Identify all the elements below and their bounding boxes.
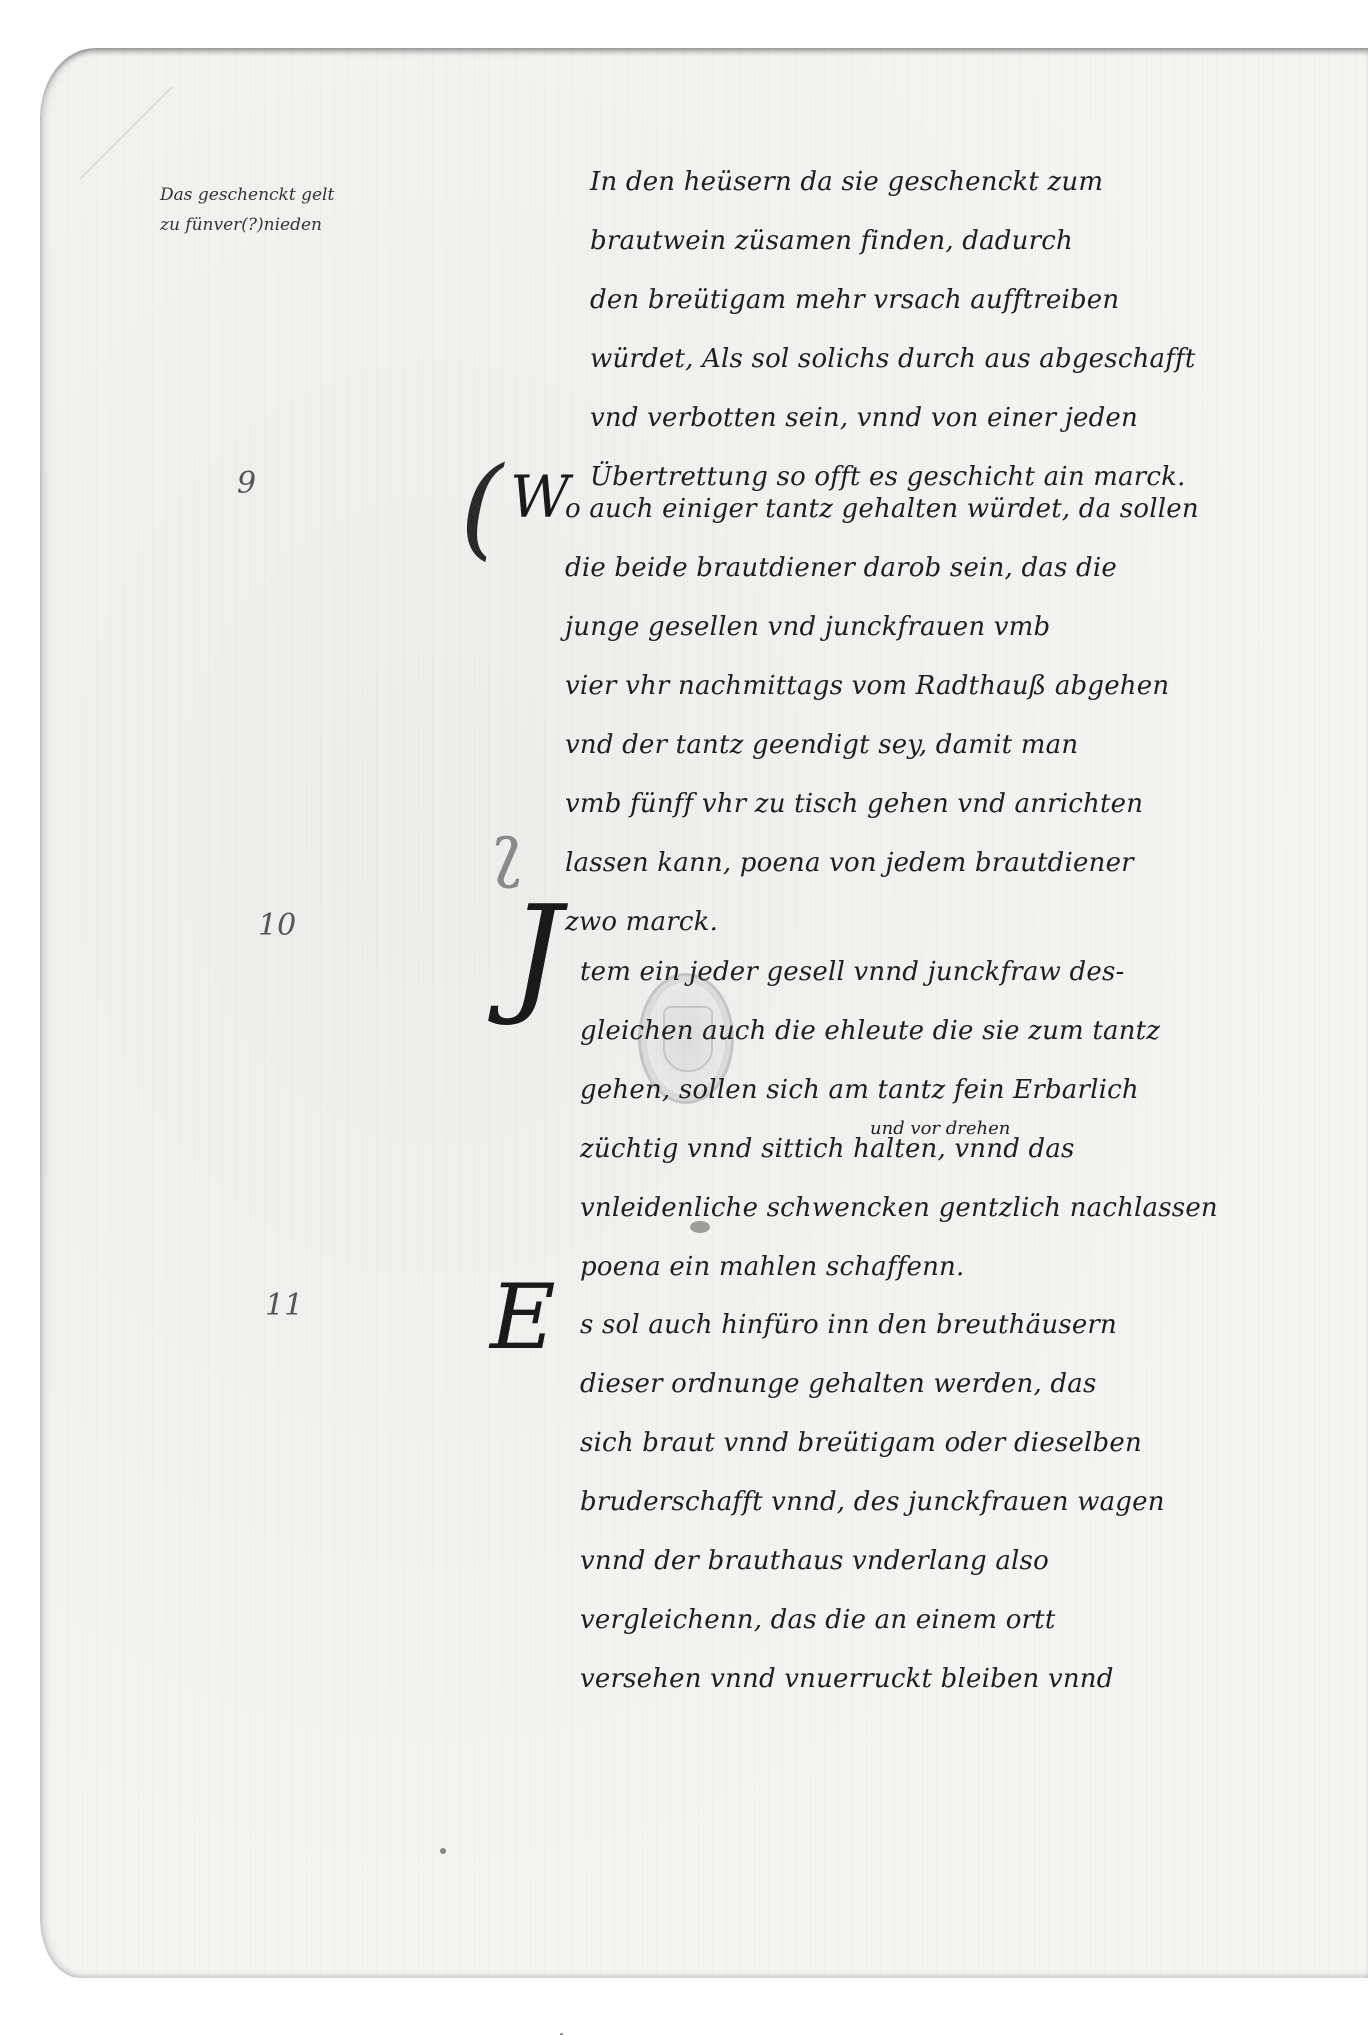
margin-note-line-1: Das geschenckt gelt [160, 180, 334, 210]
text-line: In den heüsern da sie geschenckt zum [590, 153, 1196, 212]
text-line: gleichen auch die ehleute die sie zum ta… [580, 1002, 1218, 1061]
margin-note-line-2: zu fünver(?)nieden [160, 210, 334, 240]
text-line: vnd der tantz geendigt sey, damit man [565, 716, 1199, 775]
text-line: vergleichenn, das die an einem ortt [580, 1591, 1165, 1650]
margin-number-10: 10 [258, 908, 296, 943]
ink-blot [690, 1221, 710, 1233]
paragraph-9: o auch einiger tantz gehalten würdet, da… [565, 480, 1199, 952]
text-line: sich braut vnnd breütigam oder dieselben [580, 1414, 1165, 1473]
text-line: poena ein mahlen schaffenn. [580, 1238, 1218, 1297]
manuscript-page: Das geschenckt gelt zu fünver(?)nieden 9… [40, 48, 1368, 1978]
text-line: versehen vnnd vnuerruckt bleiben vnnd [580, 1650, 1165, 1709]
text-line: vnnd der brauthaus vnderlang also [580, 1532, 1165, 1591]
margin-number-9: 9 [237, 466, 256, 501]
text-line: bruderschafft vnnd, des junckfrauen wage… [580, 1473, 1165, 1532]
margin-number-11: 11 [265, 1288, 303, 1323]
paper-speck [440, 1848, 446, 1854]
paragraph-9-initial: W [510, 468, 570, 526]
text-line: würdet, Als sol solichs durch aus abgesc… [590, 330, 1196, 389]
text-line: s sol auch hinfüro inn den breuthäusern [580, 1296, 1165, 1355]
paragraph-8-continuation: In den heüsern da sie geschenckt zum bra… [590, 153, 1196, 507]
paragraph-11: s sol auch hinfüro inn den breuthäusern … [580, 1296, 1165, 1709]
corner-fold-line [79, 86, 172, 179]
text-line: gehen, sollen sich am tantz fein Erbarli… [580, 1061, 1218, 1120]
text-line: brautwein züsamen finden, dadurch [590, 212, 1196, 271]
paragraph-10-initial: J [510, 888, 562, 1018]
text-line: tem ein jeder gesell vnnd junckfraw des- [580, 943, 1218, 1002]
text-line: vier vhr nachmittags vom Radthauß abgehe… [565, 657, 1199, 716]
text-line: lassen kann, poena von jedem brautdiener [565, 834, 1199, 893]
text-line: junge gesellen vnd junckfrauen vmb [565, 598, 1199, 657]
text-line: vnd verbotten sein, vnnd von einer jeden [590, 389, 1196, 448]
paragraph-bracket-mark: ( [460, 443, 503, 571]
text-line: o auch einiger tantz gehalten würdet, da… [565, 480, 1199, 539]
margin-note: Das geschenckt gelt zu fünver(?)nieden [160, 180, 334, 240]
paragraph-11-initial: E [490, 1273, 556, 1363]
text-line: dieser ordnunge gehalten werden, das [580, 1355, 1165, 1414]
text-line: den breütigam mehr vrsach aufftreiben [590, 271, 1196, 330]
text-line: vnleidenliche schwencken gentzlich nachl… [580, 1179, 1218, 1238]
text-line: vmb fünff vhr zu tisch gehen vnd anricht… [565, 775, 1199, 834]
interlinear-insertion: und vor drehen [870, 1118, 1010, 1139]
text-line: die beide brautdiener darob sein, das di… [565, 539, 1199, 598]
